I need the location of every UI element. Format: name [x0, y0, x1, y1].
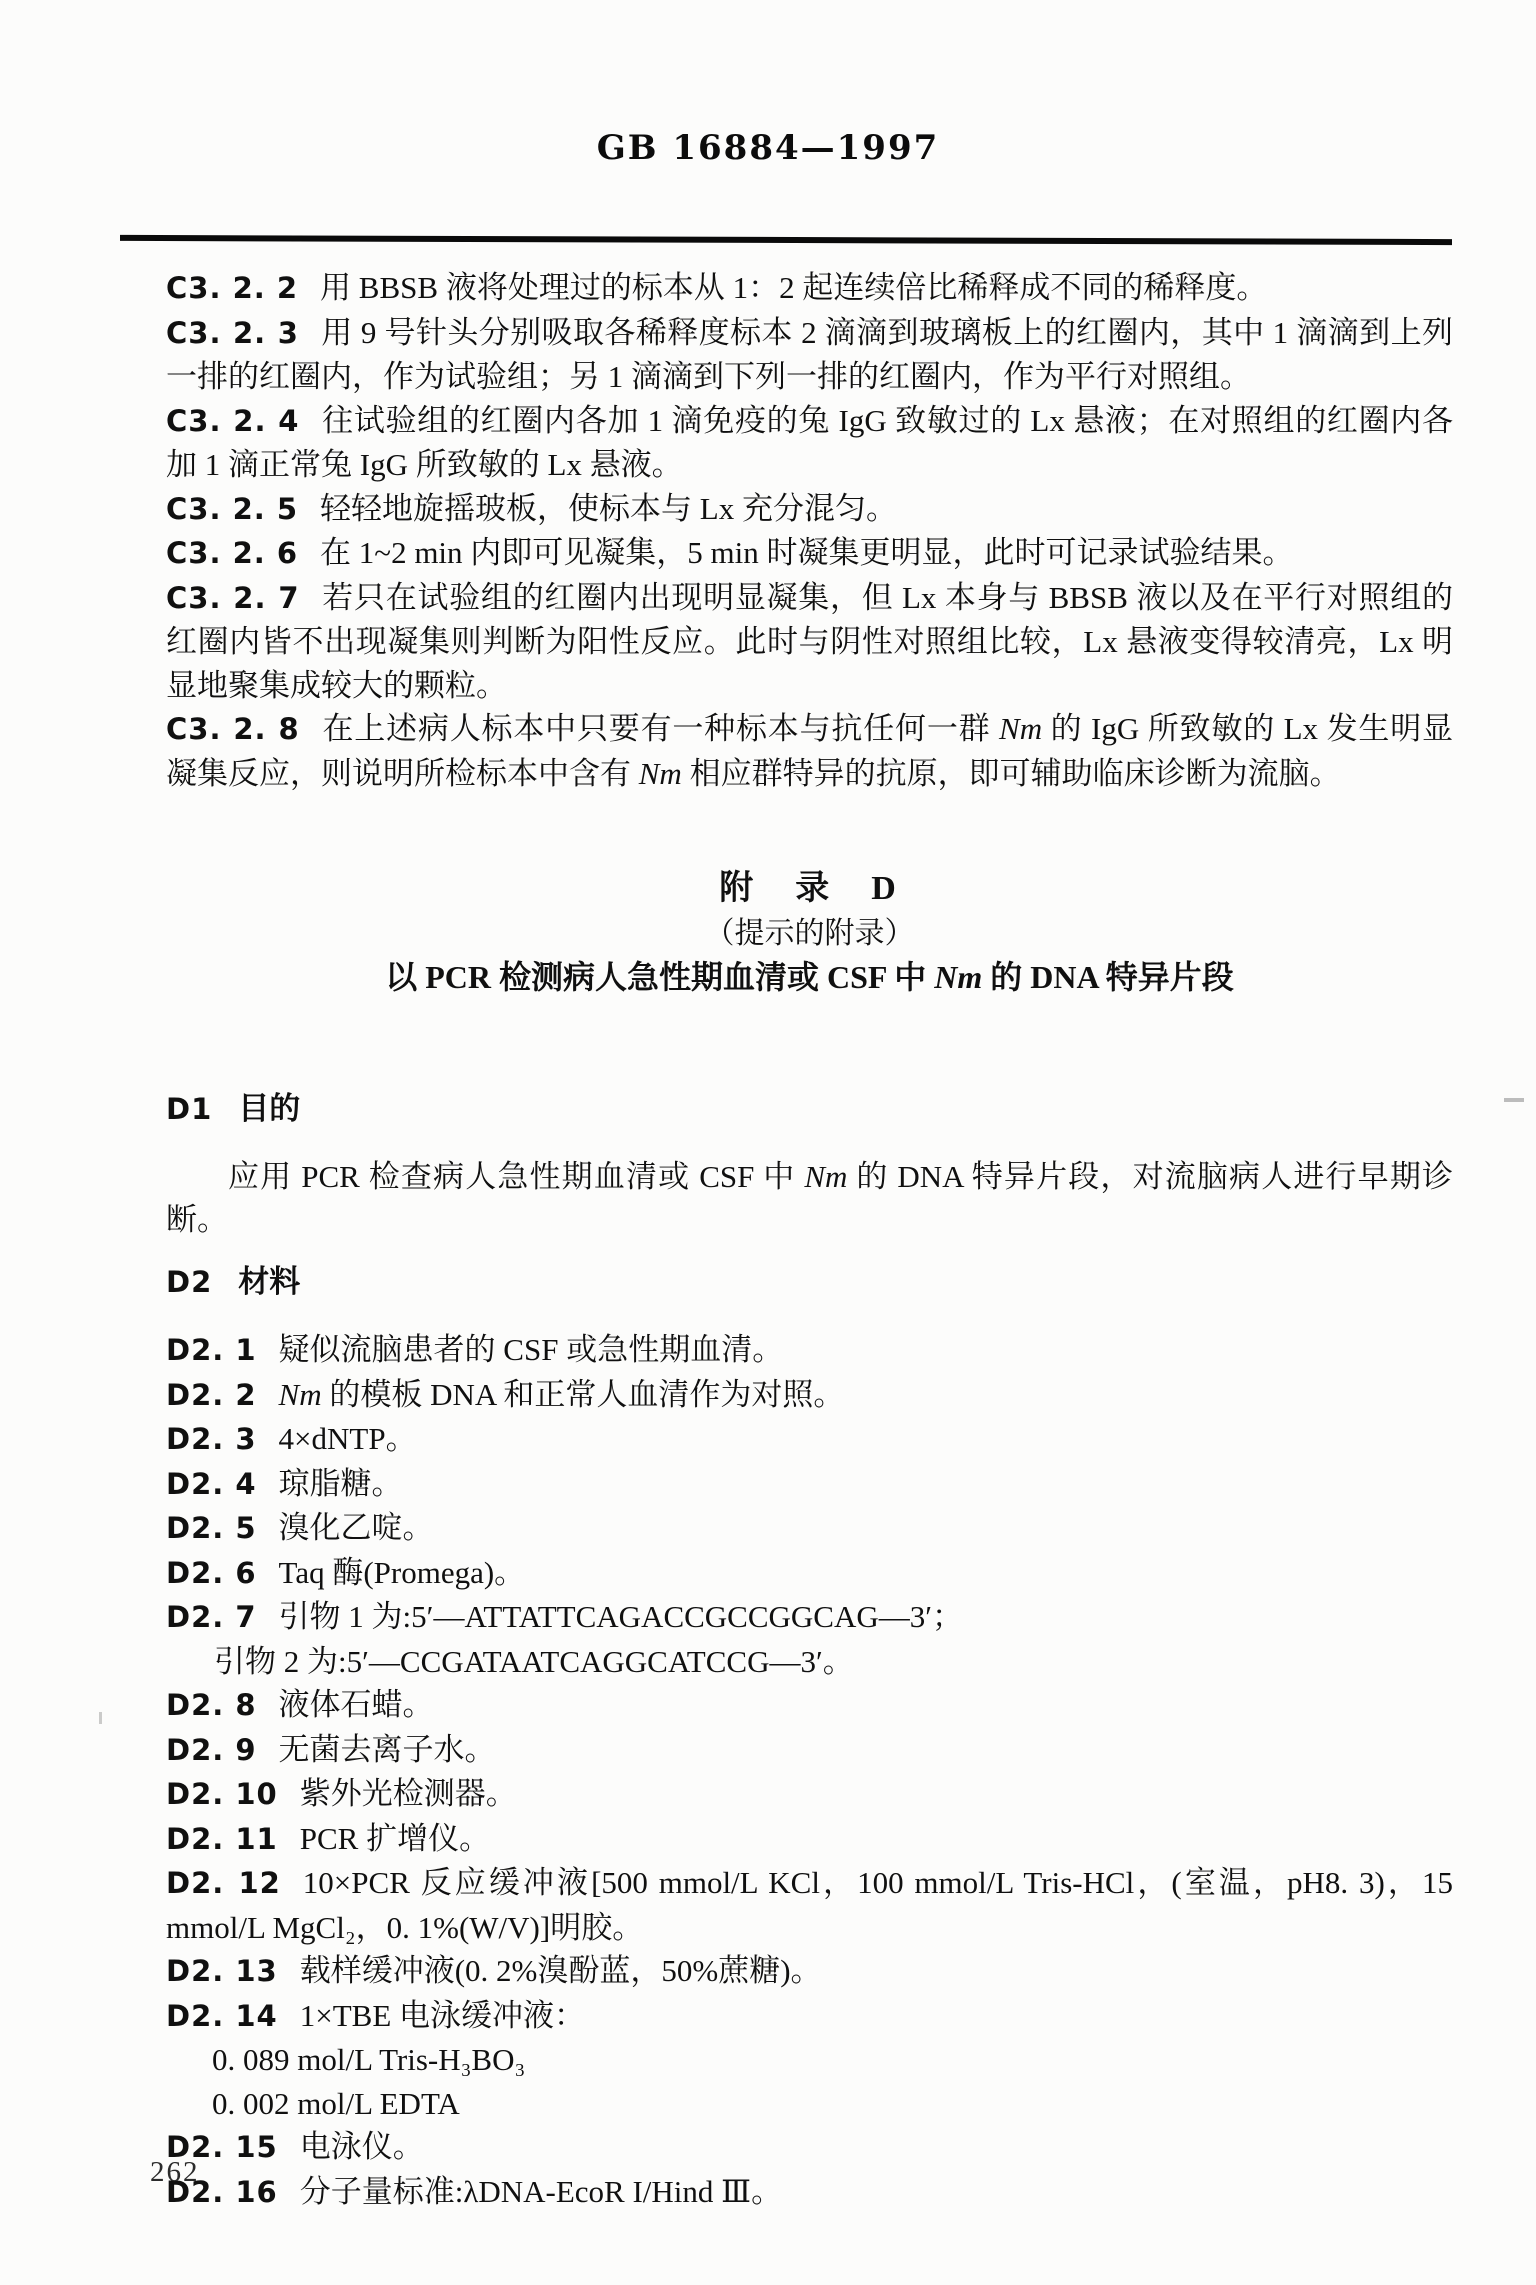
clause-d2-14-sub1: 0. 089 mol/L Tris-H₃BO₃: [166, 2038, 1453, 2082]
clause-text: 4×dNTP。: [279, 1421, 417, 1456]
clause-c3-2-2: C3. 2. 2用 BBSB 液将处理过的标本从 1：2 起连续倍比稀释成不同的…: [166, 266, 1453, 311]
clause-d2-2: D2. 2Nm 的模板 DNA 和正常人血清作为对照。: [166, 1373, 1453, 1418]
clause-text: 轻轻地旋摇玻板，使标本与 Lx 充分混匀。: [320, 491, 897, 526]
clause-text: Nm 的模板 DNA 和正常人血清作为对照。: [279, 1377, 845, 1412]
clause-label: D2. 14: [166, 1999, 278, 2033]
clause-label: C3. 2. 8: [166, 712, 300, 746]
clause-text: 液体石蜡。: [279, 1687, 434, 1722]
section-d2-heading: D2材料: [166, 1260, 1453, 1305]
scan-artifact-tick: [99, 1712, 102, 1724]
clause-label: D2. 4: [166, 1467, 257, 1501]
header-rule: [120, 235, 1452, 245]
clause-c3-2-6: C3. 2. 6在 1~2 min 内即可见凝集，5 min 时凝集更明显，此时…: [166, 531, 1453, 576]
section-title: 目的: [238, 1091, 300, 1126]
clause-text: 用 BBSB 液将处理过的标本从 1：2 起连续倍比稀释成不同的稀释度。: [320, 270, 1267, 305]
clause-d2-7-line2: 引物 2 为:5′—CCGATAATCAGGCATCCG—3′。: [166, 1640, 1453, 1684]
clause-text: 无菌去离子水。: [279, 1732, 496, 1767]
clause-d2-4: D2. 4琼脂糖。: [166, 1462, 1453, 1507]
clause-text: 若只在试验组的红圈内出现明显凝集，但 Lx 本身与 BBSB 液以及在平行对照组…: [166, 580, 1453, 703]
clause-label: C3. 2. 6: [166, 536, 298, 570]
clause-c3-2-4: C3. 2. 4往试验组的红圈内各加 1 滴免疫的兔 IgG 致敏过的 Lx 悬…: [166, 399, 1453, 487]
clause-d2-6: D2. 6Taq 酶(Promega)。: [166, 1551, 1453, 1596]
d1-paragraph: 应用 PCR 检查病人急性期血清或 CSF 中 Nm 的 DNA 特异片段，对流…: [166, 1155, 1453, 1242]
clause-text: 在 1~2 min 内即可见凝集，5 min 时凝集更明显，此时可记录试验结果。: [320, 535, 1293, 570]
clause-d2-13: D2. 13载样缓冲液(0. 2%溴酚蓝，50%蔗糖)。: [166, 1949, 1453, 1994]
appendix-d-header: 附 录 D （提示的附录） 以 PCR 检测病人急性期血清或 CSF 中 Nm …: [166, 866, 1453, 1000]
clause-d2-10: D2. 10紫外光检测器。: [166, 1772, 1453, 1817]
clause-text: 在上述病人标本中只要有一种标本与抗任何一群 Nm 的 IgG 所致敏的 Lx 发…: [166, 711, 1453, 791]
clause-label: D2. 12: [166, 1866, 281, 1900]
clause-d2-9: D2. 9无菌去离子水。: [166, 1728, 1453, 1773]
clause-text: 载样缓冲液(0. 2%溴酚蓝，50%蔗糖)。: [300, 1953, 822, 1988]
appendix-title: 附 录 D: [166, 866, 1453, 912]
clause-label: D2. 2: [166, 1378, 257, 1412]
clause-label: D2. 13: [166, 1954, 278, 1988]
clause-label: C3. 2. 2: [166, 271, 298, 305]
clause-d2-3: D2. 34×dNTP。: [166, 1417, 1453, 1462]
clause-text: 用 9 号针头分别吸取各稀释度标本 2 滴滴到玻璃板上的红圈内，其中 1 滴滴到…: [166, 315, 1453, 395]
clause-text: PCR 扩增仪。: [300, 1821, 490, 1856]
clause-text: 电泳仪。: [300, 2129, 424, 2164]
clause-d2-16: D2. 16分子量标准:λDNA-EcoR I/Hind Ⅲ。: [166, 2170, 1453, 2215]
clause-c3-2-5: C3. 2. 5轻轻地旋摇玻板，使标本与 Lx 充分混匀。: [166, 487, 1453, 532]
clause-label: D2. 10: [166, 1777, 278, 1811]
clause-d2-15: D2. 15电泳仪。: [166, 2125, 1453, 2170]
clause-label: D2. 11: [166, 1822, 278, 1856]
clause-text: 琼脂糖。: [279, 1466, 403, 1501]
clause-text: 溴化乙啶。: [279, 1510, 434, 1545]
clause-text: 往试验组的红圈内各加 1 滴免疫的兔 IgG 致敏过的 Lx 悬液；在对照组的红…: [166, 403, 1453, 483]
clause-d2-14-sub2: 0. 002 mol/L EDTA: [166, 2082, 1453, 2126]
clause-text: 引物 1 为:5′—ATTATTCAGACCGCCGGCAG—3′；: [279, 1599, 964, 1634]
appendix-subtitle: （提示的附录）: [166, 912, 1453, 955]
d2-items: D2. 1疑似流脑患者的 CSF 或急性期血清。 D2. 2Nm 的模板 DNA…: [166, 1328, 1453, 2214]
clause-label: D2. 5: [166, 1511, 257, 1545]
clause-text: Taq 酶(Promega)。: [279, 1555, 526, 1590]
page-number: 262: [150, 2156, 200, 2189]
clause-c3-2-3: C3. 2. 3用 9 号针头分别吸取各稀释度标本 2 滴滴到玻璃板上的红圈内，…: [166, 311, 1453, 399]
standard-number-header: GB 16884—1997: [0, 128, 1536, 168]
clause-c3-2-8: C3. 2. 8在上述病人标本中只要有一种标本与抗任何一群 Nm 的 IgG 所…: [166, 707, 1453, 795]
clause-d2-11: D2. 11PCR 扩增仪。: [166, 1817, 1453, 1862]
clause-label: D2. 1: [166, 1333, 257, 1367]
clause-label: C3. 2. 4: [166, 404, 299, 438]
clause-d2-8: D2. 8液体石蜡。: [166, 1683, 1453, 1728]
clause-d2-14: D2. 141×TBE 电泳缓冲液：: [166, 1994, 1453, 2039]
document-body: C3. 2. 2用 BBSB 液将处理过的标本从 1：2 起连续倍比稀释成不同的…: [166, 266, 1453, 2214]
clause-label: C3. 2. 3: [166, 316, 299, 350]
section-label: D1: [166, 1092, 212, 1126]
section-label: D2: [166, 1265, 212, 1299]
section-d1-heading: D1目的: [166, 1087, 1453, 1132]
clause-label: C3. 2. 5: [166, 492, 298, 526]
clause-text: 1×TBE 电泳缓冲液：: [300, 1998, 585, 2033]
clause-label: D2. 3: [166, 1422, 257, 1456]
clause-label: D2. 9: [166, 1733, 257, 1767]
clause-label: D2. 8: [166, 1688, 257, 1722]
clause-d2-5: D2. 5溴化乙啶。: [166, 1506, 1453, 1551]
clause-label: D2. 6: [166, 1556, 257, 1590]
scanned-document-page: GB 16884—1997 C3. 2. 2用 BBSB 液将处理过的标本从 1…: [0, 0, 1536, 2285]
clause-text: 疑似流脑患者的 CSF 或急性期血清。: [279, 1332, 784, 1367]
section-title: 材料: [238, 1264, 300, 1299]
clause-text: 分子量标准:λDNA-EcoR I/Hind Ⅲ。: [300, 2174, 782, 2209]
scan-artifact-dash: [1504, 1098, 1524, 1102]
clause-d2-1: D2. 1疑似流脑患者的 CSF 或急性期血清。: [166, 1328, 1453, 1373]
clause-d2-7: D2. 7引物 1 为:5′—ATTATTCAGACCGCCGGCAG—3′；: [166, 1595, 1453, 1640]
clause-text: 10×PCR 反应缓冲液[500 mmol/L KCl，100 mmol/L T…: [166, 1865, 1453, 1945]
clause-label: C3. 2. 7: [166, 581, 300, 615]
clause-label: D2. 7: [166, 1600, 257, 1634]
clause-c3-2-7: C3. 2. 7若只在试验组的红圈内出现明显凝集，但 Lx 本身与 BBSB 液…: [166, 576, 1453, 708]
clause-d2-12: D2. 1210×PCR 反应缓冲液[500 mmol/L KCl，100 mm…: [166, 1861, 1453, 1949]
clause-text: 紫外光检测器。: [300, 1776, 517, 1811]
appendix-heading: 以 PCR 检测病人急性期血清或 CSF 中 Nm 的 DNA 特异片段: [166, 955, 1453, 1000]
